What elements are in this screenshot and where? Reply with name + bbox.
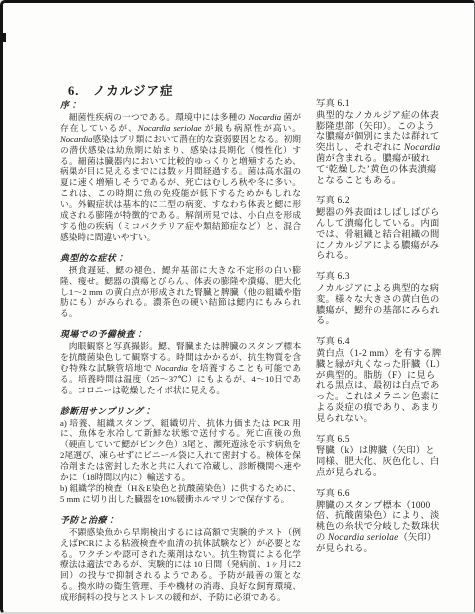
photo-caption: 写真 6.4黄白点（1-2 mm）を有する脾臓と縁が丸くなった肝臓（L）が典型的… (316, 337, 444, 424)
photo-caption-text: ノカルジアによる典型的な病変。様々な大きさの黄白色の膿瘍が、鰓弁の基部にみられる… (316, 284, 444, 327)
chapter-title: 6. ノカルジア症 (68, 81, 173, 99)
photo-caption-label: 写真 6.1 (316, 99, 444, 110)
photo-caption: 写真 6.1典型的なノカルジア症の体表膨隆患部（矢印）。このような膿瘍が個別にま… (316, 99, 444, 186)
section: 診断用サンプリング：a) 培養、組織スタンプ、組織切片、抗体力価または PCR … (60, 406, 301, 505)
section: 現場での予備検査：肉眼観察と写真撮影。鰓、腎臓または脾臓のスタンプ標本を抗酸菌染… (60, 329, 301, 395)
species-name: Nocardia (404, 143, 440, 153)
photo-caption-text: 腎臓（k）は脾臓（矢印）と同様、肥大化、灰色化し、白点が見られる。 (316, 446, 444, 478)
photo-caption-label: 写真 6.5 (316, 435, 444, 446)
photo-caption: 写真 6.2鰓器の外表面はしばしばびらんして潰瘍化している。内面では、骨組織と結… (316, 196, 444, 262)
photo-caption-label: 写真 6.2 (316, 196, 444, 207)
species-name: Nocardia (60, 134, 93, 144)
main-text-column: 序：細菌性疾病の一つである。環境中には多種の Nocardia 菌が存在している… (60, 100, 301, 603)
species-name: Nocardia (249, 112, 282, 122)
body-paragraph: 摂食遅延、鰓の褪色、鰓弁基部に大きな不定形の白い膨隆、痩せ。鰓器の潰瘍とびらん、… (60, 265, 301, 320)
photo-caption: 写真 6.3ノカルジアによる典型的な病変。様々な大きさの黄白色の膿瘍が、鰓弁の基… (316, 272, 444, 327)
photo-caption-column: 写真 6.1典型的なノカルジア症の体表膨隆患部（矢印）。このような膿瘍が個別にま… (316, 99, 444, 564)
photo-caption-text: 黄白点（1-2 mm）を有する脾臓と縁が丸くなった肝臓（L）が典型的。脂肪（F）… (316, 349, 444, 425)
photo-caption-label: 写真 6.4 (316, 337, 444, 348)
species-name: Nocardia seriolae (328, 533, 398, 543)
photo-caption-label: 写真 6.6 (316, 489, 444, 500)
photo-caption: 写真 6.5腎臓（k）は脾臓（矢印）と同様、肥大化、灰色化し、白点が見られる。 (316, 435, 444, 479)
section: 典型的な症状：摂食遅延、鰓の褪色、鰓弁基部に大きな不定形の白い膨隆、痩せ。鰓器の… (60, 253, 301, 319)
scanned-page: 6. ノカルジア症 序：細菌性疾病の一つである。環境中には多種の Nocardi… (0, 0, 475, 614)
body-paragraph: 不顕感染魚から早期検出するには高額で実験的テスト（例えばPCRによる粘液検査や血… (60, 527, 301, 603)
section-heading: 現場での予備検査： (60, 329, 301, 340)
photo-caption-label: 写真 6.3 (316, 272, 444, 283)
section: 序：細菌性疾病の一つである。環境中には多種の Nocardia 菌が存在している… (60, 100, 301, 243)
section-heading: 序： (60, 100, 301, 111)
section-heading: 診断用サンプリング： (60, 406, 301, 417)
section-heading: 予防と治療： (60, 515, 301, 526)
photo-caption-text: 典型的なノカルジア症の体表膨隆患部（矢印）。このような膿瘍が個別にまたは群れて突… (316, 111, 444, 187)
body-paragraph: b) 組織学的検査（H＆E染色と抗酸菌染色）に供するために、5 mm に切り出し… (60, 483, 301, 505)
body-paragraph: 肉眼観察と写真撮影。鰓、腎臓または脾臓のスタンプ標本を抗酸菌染色して観察する。時… (60, 341, 301, 396)
body-paragraph: a) 培養、組織スタンプ、組織切片、抗体力価または PCR 用に、魚体を氷冷して… (60, 418, 301, 483)
photo-caption-text: 脾臓のスタンプ標本（1000倍、抗酸菌染色）により、淡桃色の糸状で分岐した数珠状… (316, 501, 444, 555)
scan-edge-artifact (3, 33, 6, 42)
section-heading: 典型的な症状： (60, 253, 301, 264)
species-name: Nocardia (155, 363, 188, 373)
body-paragraph: 細菌性疾病の一つである。環境中には多種の Nocardia 菌が存在しているが、… (60, 112, 301, 243)
photo-caption-text: 鰓器の外表面はしばしばびらんして潰瘍化している。内面では、骨組織と結合組織の間に… (316, 208, 444, 262)
section: 予防と治療：不顕感染魚から早期検出するには高額で実験的テスト（例えばPCRによる… (60, 515, 301, 603)
photo-caption: 写真 6.6脾臓のスタンプ標本（1000倍、抗酸菌染色）により、淡桃色の糸状で分… (316, 489, 444, 555)
species-name: Nocardia seriolae (138, 123, 202, 133)
